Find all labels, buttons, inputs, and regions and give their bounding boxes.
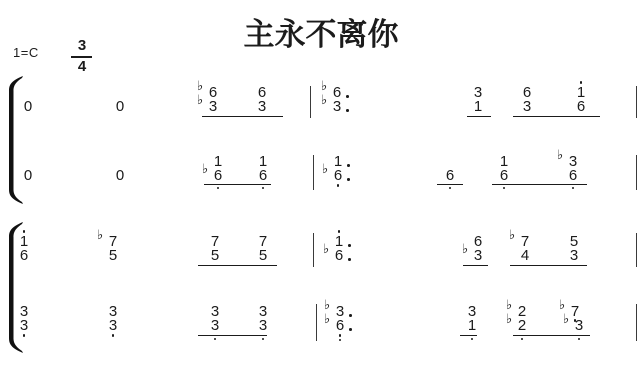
beam-underline	[492, 184, 587, 185]
grand-staff-brace	[3, 222, 23, 353]
augmentation-dot	[348, 258, 351, 261]
octave-dot-high	[580, 81, 583, 84]
octave-dot-low	[578, 338, 581, 341]
flat-sign: ♭	[506, 299, 512, 312]
octave-dot-low	[572, 187, 575, 190]
note-digit: 5	[211, 249, 219, 263]
barline	[636, 86, 637, 118]
grand-staff-brace	[3, 76, 23, 204]
rest-digit: 0	[116, 100, 124, 114]
note-digit: 6	[336, 319, 344, 333]
beam-underline	[204, 184, 271, 185]
flat-sign: ♭	[324, 313, 330, 326]
octave-dot-low	[449, 187, 452, 190]
rest-digit: 0	[116, 169, 124, 183]
time-signature-denominator: 4	[78, 59, 86, 74]
flat-sign: ♭	[197, 94, 203, 107]
rest-digit: 0	[24, 169, 32, 183]
augmentation-dot	[347, 164, 350, 167]
augmentation-dot	[349, 314, 352, 317]
flat-sign: ♭	[506, 313, 512, 326]
note-digit: 6	[214, 169, 222, 183]
beam-underline	[198, 335, 267, 336]
note-digit: 3	[523, 100, 531, 114]
note-digit: 3	[259, 319, 267, 333]
flat-sign: ♭	[509, 229, 515, 242]
barline	[636, 155, 637, 190]
octave-dot-low	[339, 339, 342, 342]
note-digit: 3	[211, 319, 219, 333]
note-digit: 2	[518, 319, 526, 333]
flat-sign: ♭	[97, 229, 103, 242]
octave-dot-low	[214, 338, 217, 341]
note-digit: 6	[335, 249, 343, 263]
barline	[310, 86, 311, 118]
note-digit: 1	[468, 319, 476, 333]
flat-sign: ♭	[202, 163, 208, 176]
beam-underline	[460, 335, 477, 336]
note-digit: 3	[474, 249, 482, 263]
augmentation-dot	[349, 328, 352, 331]
octave-dot-low	[471, 338, 474, 341]
note-digit: 3	[109, 319, 117, 333]
augmentation-dot	[346, 95, 349, 98]
octave-dot-low	[521, 338, 524, 341]
key-signature: 1=C	[13, 46, 39, 59]
flat-sign: ♭	[321, 94, 327, 107]
barline	[636, 233, 637, 267]
flat-sign: ♭	[462, 243, 468, 256]
octave-dot-low	[503, 187, 506, 190]
beam-underline	[198, 265, 277, 266]
note-digit: 3	[209, 100, 217, 114]
beam-underline	[202, 116, 283, 117]
octave-dot-low	[112, 334, 115, 337]
beam-underline	[513, 335, 590, 336]
barline	[313, 155, 314, 190]
score-sheet: 主永不离你 1=C 3 4 006♭3♭636♭3♭3163160016♭161…	[0, 0, 642, 371]
note-digit: 6	[334, 169, 342, 183]
note-digit: 3	[258, 100, 266, 114]
note-digit: 5	[259, 249, 267, 263]
barline	[316, 304, 317, 341]
octave-dot-low	[339, 334, 342, 337]
beam-underline	[437, 184, 463, 185]
beam-underline	[463, 265, 488, 266]
augmentation-dot	[347, 178, 350, 181]
note-digit: 1	[474, 100, 482, 114]
octave-dot-low	[217, 187, 220, 190]
barline	[313, 233, 314, 267]
time-signature-numerator: 3	[78, 38, 86, 53]
note-digit: 6	[569, 169, 577, 183]
octave-dot-low	[262, 187, 265, 190]
note-digit: 5	[109, 249, 117, 263]
page-title: 主永不离你	[244, 19, 399, 50]
beam-underline	[513, 116, 600, 117]
flat-sign: ♭	[321, 80, 327, 93]
note-digit: 6	[446, 169, 454, 183]
flat-sign: ♭	[557, 149, 563, 162]
octave-dot-low	[262, 338, 265, 341]
flat-sign: ♭	[197, 80, 203, 93]
flat-sign: ♭	[324, 299, 330, 312]
note-digit: 3	[575, 319, 583, 333]
beam-underline	[467, 116, 491, 117]
beam-underline	[510, 265, 587, 266]
flat-sign: ♭	[323, 243, 329, 256]
rest-digit: 0	[24, 100, 32, 114]
note-digit: 3	[570, 249, 578, 263]
note-digit: 6	[259, 169, 267, 183]
note-digit: 4	[521, 249, 529, 263]
flat-sign: ♭	[559, 299, 565, 312]
barline	[636, 304, 637, 341]
augmentation-dot	[348, 244, 351, 247]
flat-sign: ♭	[322, 163, 328, 176]
note-digit: 6	[577, 100, 585, 114]
octave-dot-low	[337, 184, 340, 187]
flat-sign: ♭	[563, 313, 569, 326]
octave-dot-high	[338, 230, 341, 233]
note-digit: 6	[500, 169, 508, 183]
note-digit: 3	[333, 100, 341, 114]
augmentation-dot	[346, 109, 349, 112]
